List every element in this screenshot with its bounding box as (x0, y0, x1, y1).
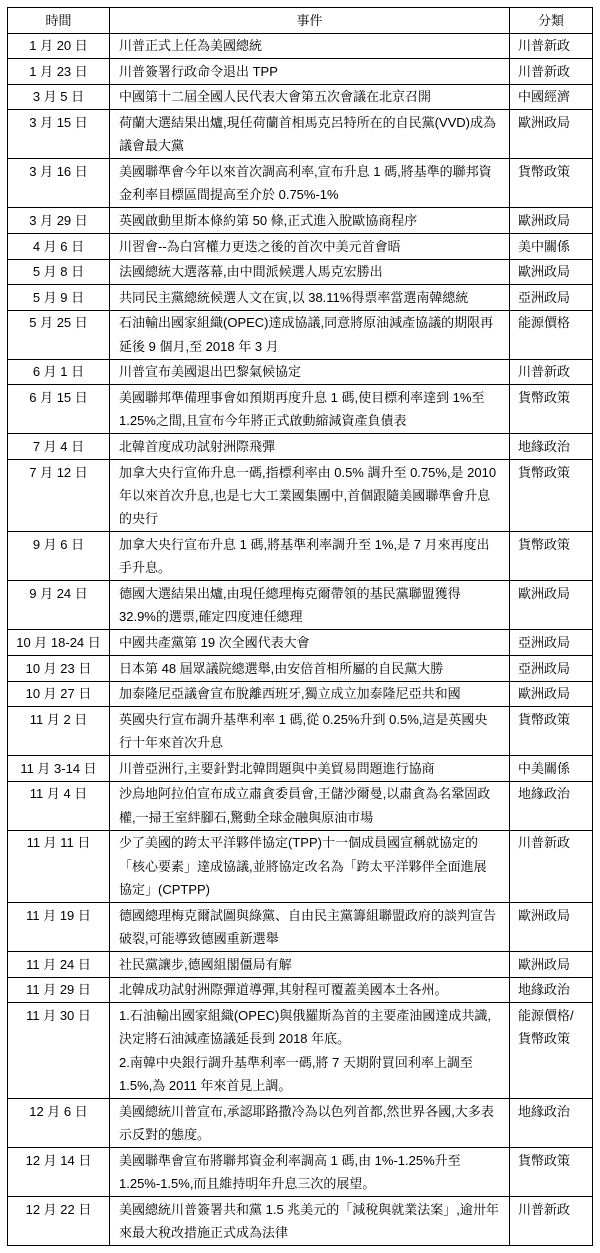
category-cell: 歐洲政局 (510, 110, 593, 159)
date-cell: 3 月 29 日 (8, 208, 110, 234)
event-cell: 川普簽署行政命令退出 TPP (110, 59, 510, 85)
category-cell: 地緣政治 (510, 781, 593, 830)
category-cell: 歐洲政局 (510, 581, 593, 630)
event-cell: 1.石油輸出國家組織(OPEC)與俄羅斯為首的主要產油國達成共識,決定將石油減產… (110, 1003, 510, 1099)
table-row: 12 月 22 日美國總統川普簽署共和黨 1.5 兆美元的「減稅與就業法案」,逾… (8, 1197, 593, 1246)
date-cell: 12 月 6 日 (8, 1099, 110, 1148)
event-cell: 加拿大央行宣佈升息一碼,指標利率由 0.5% 調升至 0.75%,是 2010 … (110, 459, 510, 531)
table-row: 11 月 24 日社民黨讓步,德國組閣僵局有解歐洲政局 (8, 952, 593, 978)
category-cell: 地緣政治 (510, 977, 593, 1003)
table-row: 11 月 19 日德國總理梅克爾試圖與綠黨、自由民主黨籌組聯盟政府的談判宣告破裂… (8, 903, 593, 952)
table-row: 11 月 11 日少了美國的跨太平洋夥伴協定(TPP)十一個成員國宣稱就協定的「… (8, 830, 593, 902)
date-cell: 12 月 22 日 (8, 1197, 110, 1246)
date-cell: 4 月 6 日 (8, 233, 110, 259)
category-cell: 地緣政治 (510, 1099, 593, 1148)
event-cell: 美國聯準會宣布將聯邦資金利率調高 1 碼,由 1%-1.25%升至 1.25%-… (110, 1148, 510, 1197)
date-cell: 11 月 3-14 日 (8, 756, 110, 782)
category-cell: 歐洲政局 (510, 208, 593, 234)
event-cell: 中國第十二屆全國人民代表大會第五次會議在北京召開 (110, 84, 510, 110)
date-cell: 3 月 16 日 (8, 159, 110, 208)
event-cell: 川普正式上任為美國總統 (110, 33, 510, 59)
table-row: 11 月 4 日沙烏地阿拉伯宣布成立肅貪委員會,王儲沙爾曼,以肅貪為名鞏固政權,… (8, 781, 593, 830)
events-table-container: 時間 事件 分類 1 月 20 日川普正式上任為美國總統川普新政1 月 23 日… (0, 0, 600, 1253)
table-row: 11 月 3-14 日川普亞洲行,主要針對北韓問題與中美貿易問題進行協商中美關係 (8, 756, 593, 782)
date-cell: 1 月 23 日 (8, 59, 110, 85)
category-cell: 川普新政 (510, 59, 593, 85)
date-cell: 11 月 4 日 (8, 781, 110, 830)
category-cell: 中國經濟 (510, 84, 593, 110)
event-cell: 美國聯準會今年以來首次調高利率,宣布升息 1 碼,將基準的聯邦資金利率目標區間提… (110, 159, 510, 208)
event-cell: 德國總理梅克爾試圖與綠黨、自由民主黨籌組聯盟政府的談判宣告破裂,可能導致德國重新… (110, 903, 510, 952)
event-cell: 北韓成功試射洲際彈道導彈,其射程可覆蓋美國本土各州。 (110, 977, 510, 1003)
category-cell: 亞洲政局 (510, 285, 593, 311)
date-cell: 5 月 9 日 (8, 285, 110, 311)
table-row: 6 月 15 日美國聯邦準備理事會如預期再度升息 1 碼,使目標利率達到 1%至… (8, 385, 593, 434)
table-header-row: 時間 事件 分類 (8, 8, 593, 34)
category-cell: 歐洲政局 (510, 903, 593, 952)
table-row: 11 月 2 日英國央行宣布調升基準利率 1 碼,從 0.25%升到 0.5%,… (8, 707, 593, 756)
event-cell: 北韓首度成功試射洲際飛彈 (110, 434, 510, 460)
table-row: 10 月 27 日加泰隆尼亞議會宣布脫離西班牙,獨立成立加泰隆尼亞共和國歐洲政局 (8, 681, 593, 707)
table-row: 11 月 29 日北韓成功試射洲際彈道導彈,其射程可覆蓋美國本土各州。地緣政治 (8, 977, 593, 1003)
table-body: 1 月 20 日川普正式上任為美國總統川普新政1 月 23 日川普簽署行政命令退… (8, 33, 593, 1246)
event-cell: 中國共產黨第 19 次全國代表大會 (110, 630, 510, 656)
table-row: 7 月 4 日北韓首度成功試射洲際飛彈地緣政治 (8, 434, 593, 460)
event-cell: 美國總統川普簽署共和黨 1.5 兆美元的「減稅與就業法案」,逾卅年來最大稅改措施… (110, 1197, 510, 1246)
table-row: 7 月 12 日加拿大央行宣佈升息一碼,指標利率由 0.5% 調升至 0.75%… (8, 459, 593, 531)
date-cell: 6 月 15 日 (8, 385, 110, 434)
date-cell: 6 月 1 日 (8, 359, 110, 385)
event-cell: 加泰隆尼亞議會宣布脫離西班牙,獨立成立加泰隆尼亞共和國 (110, 681, 510, 707)
date-cell: 11 月 19 日 (8, 903, 110, 952)
table-row: 10 月 18-24 日中國共產黨第 19 次全國代表大會亞洲政局 (8, 630, 593, 656)
category-cell: 貨幣政策 (510, 159, 593, 208)
table-row: 3 月 29 日英國啟動里斯本條約第 50 條,正式進入脫歐協商程序歐洲政局 (8, 208, 593, 234)
date-cell: 3 月 15 日 (8, 110, 110, 159)
table-row: 3 月 5 日中國第十二屆全國人民代表大會第五次會議在北京召開中國經濟 (8, 84, 593, 110)
category-cell: 川普新政 (510, 830, 593, 902)
category-cell: 亞洲政局 (510, 630, 593, 656)
date-cell: 11 月 29 日 (8, 977, 110, 1003)
date-cell: 9 月 24 日 (8, 581, 110, 630)
date-cell: 11 月 24 日 (8, 952, 110, 978)
table-row: 11 月 30 日1.石油輸出國家組織(OPEC)與俄羅斯為首的主要產油國達成共… (8, 1003, 593, 1099)
event-cell: 英國啟動里斯本條約第 50 條,正式進入脫歐協商程序 (110, 208, 510, 234)
table-row: 3 月 15 日荷蘭大選結果出爐,現任荷蘭首相馬克呂特所在的自民黨(VVD)成為… (8, 110, 593, 159)
date-cell: 10 月 18-24 日 (8, 630, 110, 656)
table-row: 5 月 8 日法國總統大選落幕,由中間派候選人馬克宏勝出歐洲政局 (8, 259, 593, 285)
category-cell: 川普新政 (510, 1197, 593, 1246)
table-row: 1 月 23 日川普簽署行政命令退出 TPP川普新政 (8, 59, 593, 85)
date-cell: 10 月 27 日 (8, 681, 110, 707)
category-cell: 亞洲政局 (510, 655, 593, 681)
category-cell: 地緣政治 (510, 434, 593, 460)
table-row: 10 月 23 日日本第 48 屆眾議院總選舉,由安倍首相所屬的自民黨大勝亞洲政… (8, 655, 593, 681)
event-cell: 美國聯邦準備理事會如預期再度升息 1 碼,使目標利率達到 1%至 1.25%之間… (110, 385, 510, 434)
category-cell: 中美關係 (510, 756, 593, 782)
date-cell: 10 月 23 日 (8, 655, 110, 681)
category-cell: 美中關係 (510, 233, 593, 259)
date-cell: 5 月 25 日 (8, 310, 110, 359)
event-cell: 加拿大央行宣布升息 1 碼,將基準利率調升至 1%,是 7 月來再度出手升息。 (110, 532, 510, 581)
event-cell: 荷蘭大選結果出爐,現任荷蘭首相馬克呂特所在的自民黨(VVD)成為議會最大黨 (110, 110, 510, 159)
event-cell: 沙烏地阿拉伯宣布成立肅貪委員會,王儲沙爾曼,以肅貪為名鞏固政權,一掃王室絆腳石,… (110, 781, 510, 830)
table-row: 9 月 24 日德國大選結果出爐,由現任總理梅克爾帶領的基民黨聯盟獲得 32.9… (8, 581, 593, 630)
header-category: 分類 (510, 8, 593, 34)
event-cell: 少了美國的跨太平洋夥伴協定(TPP)十一個成員國宣稱就協定的「核心要素」達成協議… (110, 830, 510, 902)
event-cell: 德國大選結果出爐,由現任總理梅克爾帶領的基民黨聯盟獲得 32.9%的選票,確定四… (110, 581, 510, 630)
date-cell: 11 月 30 日 (8, 1003, 110, 1099)
category-cell: 歐洲政局 (510, 952, 593, 978)
category-cell: 歐洲政局 (510, 681, 593, 707)
event-cell: 法國總統大選落幕,由中間派候選人馬克宏勝出 (110, 259, 510, 285)
table-row: 3 月 16 日美國聯準會今年以來首次調高利率,宣布升息 1 碼,將基準的聯邦資… (8, 159, 593, 208)
table-row: 12 月 6 日美國總統川普宣布,承認耶路撒冷為以色列首都,然世界各國,大多表示… (8, 1099, 593, 1148)
header-event: 事件 (110, 8, 510, 34)
category-cell: 歐洲政局 (510, 259, 593, 285)
table-row: 1 月 20 日川普正式上任為美國總統川普新政 (8, 33, 593, 59)
event-cell: 川普亞洲行,主要針對北韓問題與中美貿易問題進行協商 (110, 756, 510, 782)
table-row: 5 月 9 日共同民主黨總統候選人文在寅,以 38.11%得票率當選南韓總統亞洲… (8, 285, 593, 311)
event-cell: 美國總統川普宣布,承認耶路撒冷為以色列首都,然世界各國,大多表示反對的態度。 (110, 1099, 510, 1148)
table-row: 6 月 1 日川普宣布美國退出巴黎氣候協定川普新政 (8, 359, 593, 385)
event-cell: 日本第 48 屆眾議院總選舉,由安倍首相所屬的自民黨大勝 (110, 655, 510, 681)
date-cell: 7 月 12 日 (8, 459, 110, 531)
date-cell: 7 月 4 日 (8, 434, 110, 460)
category-cell: 能源價格/ 貨幣政策 (510, 1003, 593, 1099)
header-time: 時間 (8, 8, 110, 34)
category-cell: 川普新政 (510, 359, 593, 385)
category-cell: 能源價格 (510, 310, 593, 359)
event-cell: 社民黨讓步,德國組閣僵局有解 (110, 952, 510, 978)
date-cell: 9 月 6 日 (8, 532, 110, 581)
event-cell: 石油輸出國家組織(OPEC)達成協議,同意將原油減產協議的期限再延後 9 個月,… (110, 310, 510, 359)
event-cell: 英國央行宣布調升基準利率 1 碼,從 0.25%升到 0.5%,這是英國央行十年… (110, 707, 510, 756)
category-cell: 貨幣政策 (510, 385, 593, 434)
events-table: 時間 事件 分類 1 月 20 日川普正式上任為美國總統川普新政1 月 23 日… (7, 7, 593, 1246)
event-cell: 川普宣布美國退出巴黎氣候協定 (110, 359, 510, 385)
date-cell: 11 月 2 日 (8, 707, 110, 756)
date-cell: 5 月 8 日 (8, 259, 110, 285)
category-cell: 貨幣政策 (510, 532, 593, 581)
table-row: 4 月 6 日川習會--為白宮權力更迭之後的首次中美元首會晤美中關係 (8, 233, 593, 259)
category-cell: 貨幣政策 (510, 1148, 593, 1197)
date-cell: 1 月 20 日 (8, 33, 110, 59)
event-cell: 共同民主黨總統候選人文在寅,以 38.11%得票率當選南韓總統 (110, 285, 510, 311)
event-cell: 川習會--為白宮權力更迭之後的首次中美元首會晤 (110, 233, 510, 259)
category-cell: 川普新政 (510, 33, 593, 59)
date-cell: 12 月 14 日 (8, 1148, 110, 1197)
table-row: 9 月 6 日加拿大央行宣布升息 1 碼,將基準利率調升至 1%,是 7 月來再… (8, 532, 593, 581)
date-cell: 11 月 11 日 (8, 830, 110, 902)
date-cell: 3 月 5 日 (8, 84, 110, 110)
table-row: 5 月 25 日石油輸出國家組織(OPEC)達成協議,同意將原油減產協議的期限再… (8, 310, 593, 359)
category-cell: 貨幣政策 (510, 459, 593, 531)
category-cell: 貨幣政策 (510, 707, 593, 756)
table-row: 12 月 14 日美國聯準會宣布將聯邦資金利率調高 1 碼,由 1%-1.25%… (8, 1148, 593, 1197)
